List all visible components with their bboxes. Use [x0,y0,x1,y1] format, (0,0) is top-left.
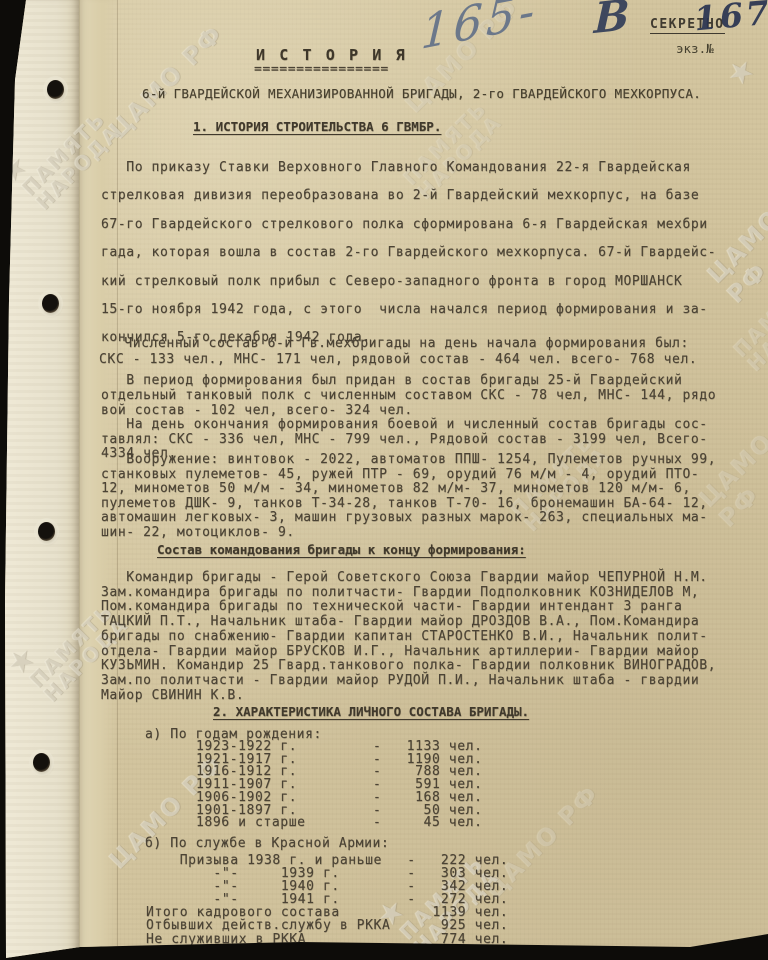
text-line: Зам.командира бригады по политчасти- Гва… [101,586,716,601]
text-line: Пом.командира бригады по технической час… [101,600,716,615]
text-line: пулеметов ДШК- 9, танков Т-34-28, танков… [101,497,716,512]
text-line: Майор СВИНИН К.В. [101,689,716,704]
section-2-heading: 2. ХАРАКТЕРИСТИКА ЛИЧНОГО СОСТАВА БРИГАД… [213,704,529,719]
paragraph-tank-regiment: В период формирования был придан в соста… [101,374,716,418]
text-line: автомашин легковых- 3, машин грузовых ра… [101,511,716,526]
punch-hole [38,522,55,541]
text-line: отдельный танковый полк с численным сост… [101,389,716,404]
punch-hole [42,294,59,313]
text-line: шин- 22, мотоциклов- 9. [101,526,716,541]
paragraph-formation-order: По приказу Ставки Верховного Главного Ко… [101,154,716,353]
text-line: тавлял: СКС - 336 чел, МНС - 799 чел., Р… [101,433,708,448]
text-line: бригады по снабжению- Гвардии капитан СТ… [101,630,716,645]
paragraph-commanders: Командир бригады - Герой Советского Союз… [101,571,716,703]
star-watermark: ★ [728,53,761,86]
paragraph-initial-strength: Численный состав 6-й Гв.мехбригады на де… [99,336,697,368]
text-line: 67-го Гвардейского стрелкового полка сфо… [101,211,716,239]
text-line: кий стрелковый полк прибыл с Северо-запа… [101,268,716,296]
paragraph-armament: Вооружение: винтовок - 2022, автоматов П… [101,453,716,540]
text-line: Не служивших в РККА 774 чел. [146,933,508,946]
service-table: Призыва 1938 г. и раньше - 222 чел. -"- … [146,854,508,959]
binding-strip [5,0,79,960]
text-line: Отбывших действ.службу в РККА 925 чел. [146,919,508,932]
text-line: КУЗЬМИН. Командир 25 Гвард.танкового пол… [101,659,716,674]
section-1-heading: 1. ИСТОРИЯ СТРОИТЕЛЬСТВА 6 ГВМБР. [193,119,441,134]
text-line: отдела- Гвардии майор БРУСКОВ И.Г., Нача… [101,645,716,660]
pamyat-naroda-watermark: ПАМЯТЬНАРОДА [728,268,768,376]
text-line: 12, минометов 50 м/м - 34, минометов 82 … [101,482,716,497]
text-line: В период формирования был придан в соста… [101,374,716,389]
document-paper: ЦАМО РФ ★ПАМЯТЬНАРОДА ЦАМО РФ ПАМЯТЬНАРО… [0,0,768,960]
text-line: На день окончания формирования боевой и … [101,418,708,433]
punch-hole [33,753,50,772]
text-line: станковых пулеметов- 45, ружей ПТР - 69,… [101,468,716,483]
text-line: стрелковая дивизия переобразована во 2-й… [101,182,716,210]
handwritten-copy-number: 167 [692,0,768,38]
handwritten-letter-mark: В [593,0,630,43]
text-line: Зам.по политчасти - Гвардии майор РУДОЙ … [101,674,716,689]
service-label: б) По службе в Красной Армии: [145,836,389,851]
text-line: Командир бригады - Герой Советского Союз… [101,571,716,586]
text-line: Численный состав 6-й Гв.мехбригады на де… [99,336,697,352]
text-line: Призывной возраст 871 чел. [146,946,508,959]
text-line: СКС - 133 чел., МНС- 171 чел, рядовой со… [99,352,697,368]
text-line: Вооружение: винтовок - 2022, автоматов П… [101,453,716,468]
text-line: По приказу Ставки Верховного Главного Ко… [101,154,716,182]
document-subtitle: 6-й ГВАРДЕЙСКОЙ МЕХАНИЗИРОВАННОЙ БРИГАДЫ… [142,86,701,101]
birth-years-table: 1923-1922 г. - 1133 чел.1921-1917 г. - 1… [196,741,483,830]
star-icon: ★ [724,53,761,90]
commanders-heading: Состав командования бригады к концу форм… [157,542,526,557]
text-line: гада, которая вошла в состав 2-го Гварде… [101,239,716,267]
pencil-page-number: 165- [420,0,540,60]
text-line: ТАЦКИЙ П.Т., Начальник штаба- Гвардии ма… [101,615,716,630]
punch-hole [47,80,64,99]
text-line: 1896 и старше - 45 чел. [196,817,483,830]
crease-line [79,0,80,960]
scanned-document: ЦАМО РФ ★ПАМЯТЬНАРОДА ЦАМО РФ ПАМЯТЬНАРО… [0,0,768,960]
title-underline: ================ [254,62,389,77]
text-line: 15-го ноября 1942 года, с этого числа на… [101,296,716,324]
copy-number-label: экз.№ [676,41,714,56]
